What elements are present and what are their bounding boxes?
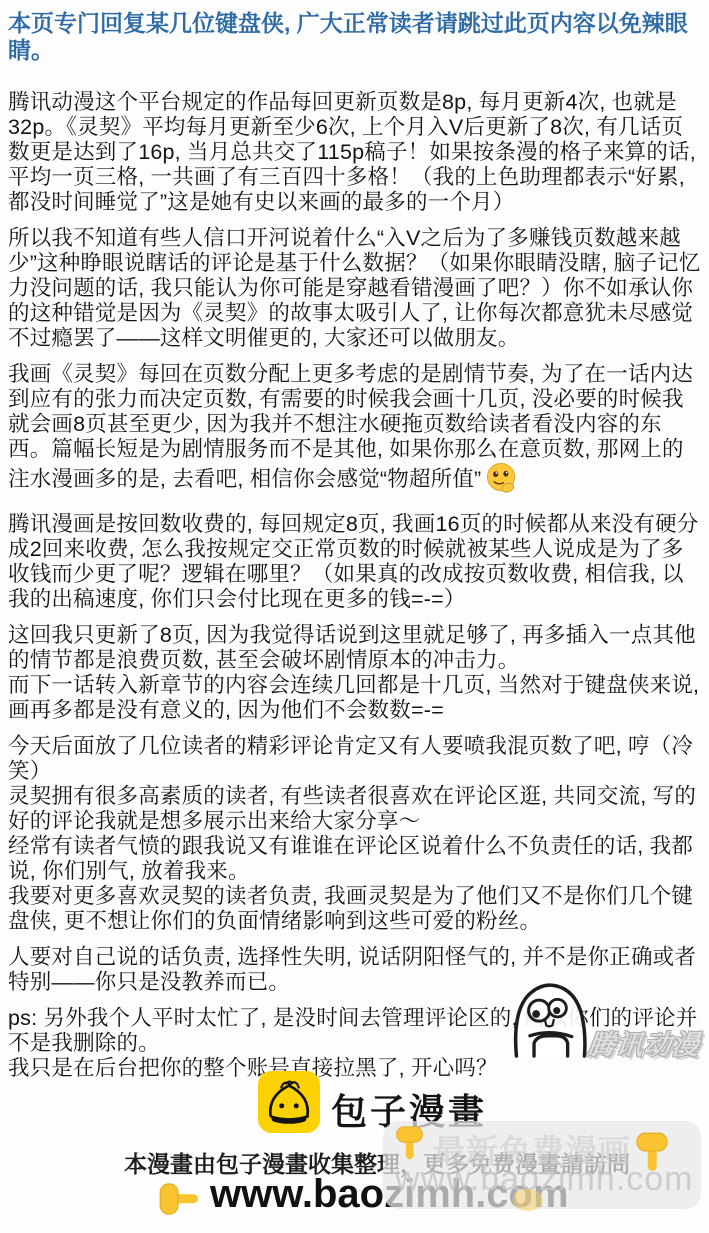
- comic-author-note-page: 本页专门回复某几位键盘侠, 广大正常读者请跳过此页内容以免辣眼睛。 腾讯动漫这个…: [0, 0, 709, 1233]
- paragraph-2-text: 所以我不知道有些人信口开河说着什么“入V之后为了多赚钱页数越来越少”这种睁眼说瞎…: [8, 226, 700, 350]
- paragraph-7-text: 人要对自己说的话负责, 选择性失明, 说话阴阳怪气的, 并不是你正确或者特别——…: [8, 945, 696, 994]
- paragraph-1-text: 腾讯动漫这个平台规定的作品每回更新页数是8p, 每月更新4次, 也就是32p。《…: [8, 90, 696, 214]
- thinking-face-emoji: [485, 462, 518, 501]
- page-title: 本页专门回复某几位键盘侠, 广大正常读者请跳过此页内容以免辣眼睛。: [8, 10, 703, 64]
- pointing-down-hand-icon-right: [635, 1131, 669, 1173]
- paragraph-responsibility: 人要对自己说的话负责, 选择性失明, 说话阴阳怪气的, 并不是你正确或者特别——…: [8, 945, 703, 995]
- paragraph-3-text: 我画《灵契》每回在页数分配上更多考虑的是剧情节奏, 为了在一话内达到应有的张力而…: [8, 362, 693, 491]
- paragraph-rebuttal: 所以我不知道有些人信口开河说着什么“入V之后为了多赚钱页数越来越少”这种睁眼说瞎…: [8, 226, 703, 351]
- tencent-comics-watermark: 腾讯动漫: [586, 1023, 702, 1062]
- paragraph-reader-comments: 今天后面放了几位读者的精彩评论肯定又有人要喷我混页数了吧, 哼（冷笑） 灵契拥有…: [8, 734, 703, 934]
- pointing-right-hand-icon: [158, 1182, 200, 1216]
- paragraph-page-count-logic: 我画《灵契》每回在页数分配上更多考虑的是剧情节奏, 为了在一话内达到应有的张力而…: [8, 362, 703, 501]
- paragraph-pricing: 腾讯漫画是按回数收费的, 每回规定8页, 我画16页的时候都从来没有硬分成2回来…: [8, 512, 703, 612]
- paragraph-4-text: 腾讯漫画是按回数收费的, 每回规定8页, 我画16页的时候都从来没有硬分成2回来…: [8, 512, 698, 611]
- paragraph-6-text: 今天后面放了几位读者的精彩评论肯定又有人要喷我混页数了吧, 哼（冷笑） 灵契拥有…: [8, 734, 696, 933]
- pointing-down-hand-icon-left: [395, 1125, 424, 1161]
- baozi-bun-logo-icon: [258, 1071, 320, 1133]
- shocked-doodle-sticker: [508, 979, 592, 1059]
- paragraph-this-chapter: 这回我只更新了8页, 因为我觉得话说到这里就足够了, 再多插入一点其他的情节都是…: [8, 623, 703, 723]
- paragraph-update-schedule: 腾讯动漫这个平台规定的作品每回更新页数是8p, 每月更新4次, 也就是32p。《…: [8, 90, 703, 215]
- paragraph-5-text: 这回我只更新了8页, 因为我觉得话说到这里就足够了, 再多插入一点其他的情节都是…: [8, 623, 699, 722]
- faded-hand-emoji-blob: [513, 1189, 543, 1211]
- author-note-text-column: 本页专门回复某几位键盘侠, 广大正常读者请跳过此页内容以免辣眼睛。 腾讯动漫这个…: [8, 10, 703, 1092]
